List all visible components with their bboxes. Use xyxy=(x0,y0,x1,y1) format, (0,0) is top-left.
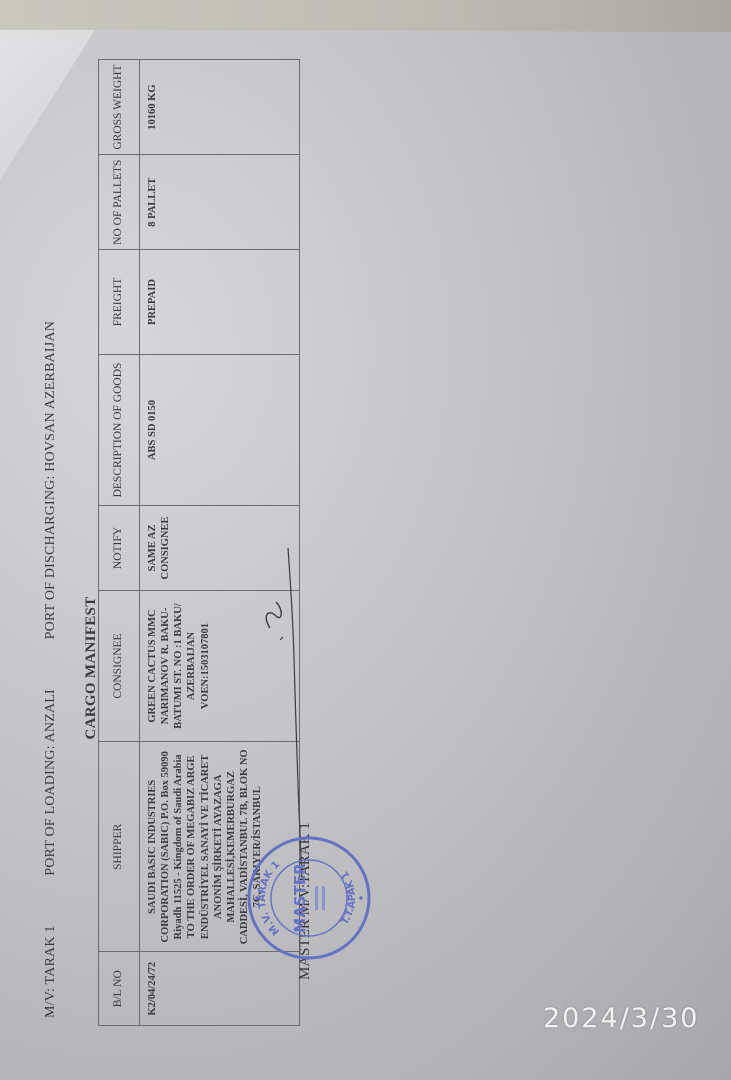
cell-pallets: 8 PALLET xyxy=(140,155,300,250)
cell-freight: PREPAID xyxy=(140,250,300,355)
port-of-loading: PORT OF LOADING: ANZALI xyxy=(43,689,58,876)
col-freight: FREIGHT xyxy=(99,250,140,355)
vessel-name: M/V: TARAK 1 xyxy=(43,925,58,1018)
cell-bl-no: K2/04/24/72 xyxy=(140,952,300,1026)
col-shipper: SHIPPER xyxy=(99,742,140,952)
signature-mark xyxy=(210,548,310,878)
col-gross-weight: GROSS WEIGHT xyxy=(99,60,140,155)
col-pallets: NO OF PALLETS xyxy=(99,155,140,250)
col-consignee: CONSIGNEE xyxy=(99,590,140,741)
photo-timestamp: 2024/3/30 xyxy=(543,1003,699,1034)
table-header-row: B/L NO SHIPPER CONSIGNEE NOTIFY DESCRIPT… xyxy=(99,60,140,1026)
col-description: DESCRIPTION OF GOODS xyxy=(99,354,140,505)
col-bl-no: B/L NO xyxy=(99,952,140,1026)
svg-text:M.V. TARAK 1: M.V. TARAK 1 xyxy=(257,859,282,937)
svg-text:T.T.APAK 1: T.T.APAK 1 xyxy=(339,869,358,927)
port-of-discharging: PORT OF DISCHARGING: HOVSAN AZERBAIJAN xyxy=(43,321,58,639)
cell-description: ABS SD 0150 xyxy=(140,354,300,505)
col-notify: NOTIFY xyxy=(99,506,140,591)
cargo-manifest-document: M/V: TARAK 1 PORT OF LOADING: ANZALI POR… xyxy=(35,68,335,1048)
header-line: M/V: TARAK 1 PORT OF LOADING: ANZALI POR… xyxy=(43,275,59,1018)
master-stamp-icon: M.V. TARAK 1 T.T.APAK 1 MASTER xyxy=(245,834,373,962)
svg-text:MASTER: MASTER xyxy=(291,863,309,933)
cell-gross-weight: 10160 KG xyxy=(140,60,300,155)
